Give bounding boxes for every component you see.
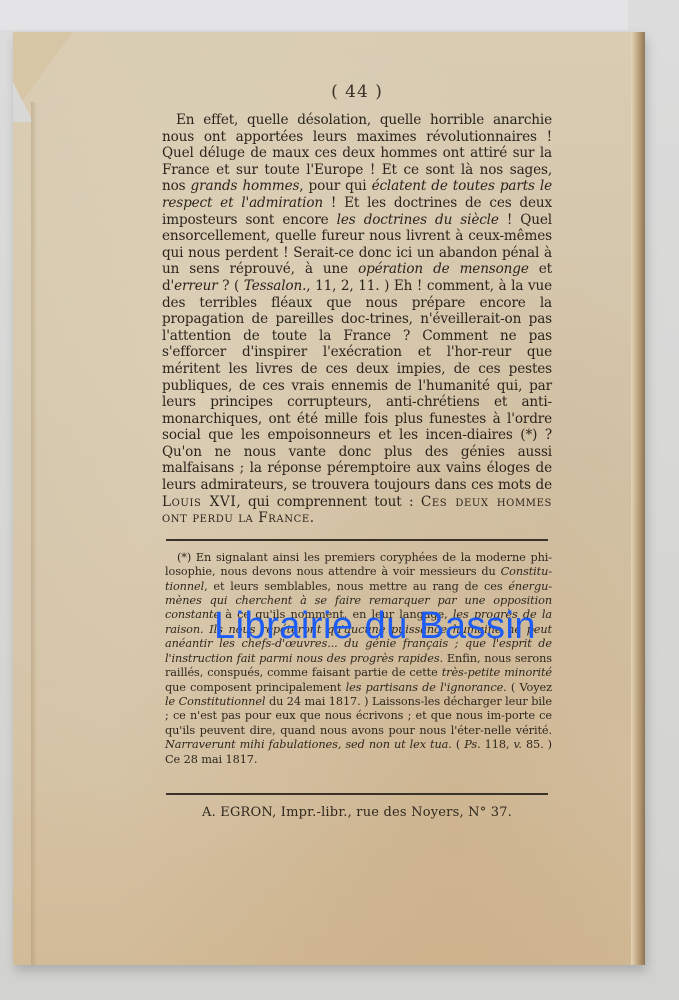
page-right-edge	[631, 32, 645, 965]
printer-imprint: A. EGRON, Impr.-libr., rue des Noyers, N…	[162, 805, 552, 820]
page-content: ( 44 ) En effet, quelle désolation, quel…	[162, 82, 552, 820]
footnote-run: v.	[513, 738, 521, 751]
body-text-run: grands hommes	[191, 178, 300, 194]
footnote-run: Ps.	[464, 738, 480, 751]
footnote-run: que composent principalement	[165, 681, 346, 694]
body-text-run: les doctrines du siècle	[337, 212, 499, 228]
watermark: Librairie du Bassin	[160, 606, 590, 646]
body-text-run: Louis XVI	[162, 494, 236, 510]
body-text-run: , 11, 2, 11. ) Eh ! comment, à la vue de…	[162, 278, 552, 493]
imprint-separator-rule	[166, 793, 548, 795]
body-paragraph: En effet, quelle désolation, quelle horr…	[162, 112, 552, 527]
footnote-run: Narraverunt mihi fabulationes, sed non u…	[165, 738, 452, 751]
page-left-edge	[31, 102, 37, 965]
footnote: (*) En signalant ainsi les premiers cory…	[165, 551, 552, 767]
footnote-run: , et leurs semblables, nous mettre au ra…	[204, 580, 508, 593]
footnote-run: le Constitutionnel	[165, 695, 265, 708]
body-text-run: opération de mensonge	[358, 261, 529, 277]
footnote-run: très-petite minorité	[442, 666, 552, 679]
footnote-separator-rule	[166, 539, 548, 541]
body-text-run: ? (	[218, 278, 244, 294]
page-number: ( 44 )	[162, 82, 552, 102]
footnote-run: . ( Voyez	[503, 681, 552, 694]
footnote-run: (*) En signalant ainsi les premiers cory…	[165, 551, 552, 578]
footnote-run: (	[452, 738, 464, 751]
footnote-run: les partisans de l'ignorance	[346, 681, 504, 694]
body-text-run: Tessalon.	[244, 278, 306, 294]
body-text-run: , pour qui	[299, 178, 371, 194]
backdrop-card	[0, 0, 628, 30]
body-text-run: , qui comprennent tout :	[236, 494, 421, 510]
footnote-run: 118,	[481, 738, 514, 751]
body-text-run: erreur	[174, 278, 217, 294]
